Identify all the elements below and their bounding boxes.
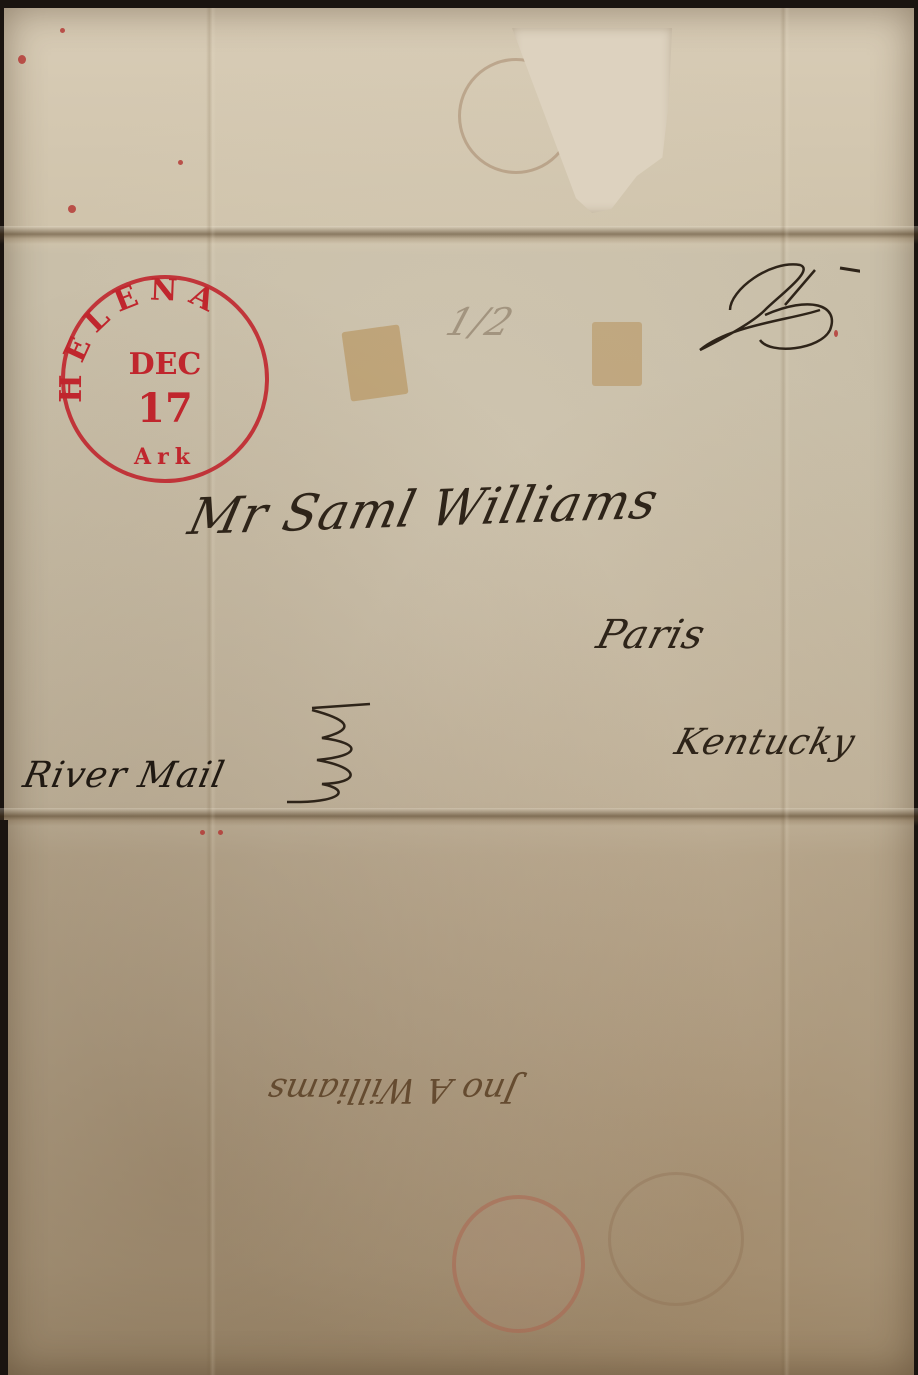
postmark-town: HELENA [58, 273, 229, 403]
red-ink-speck [200, 830, 205, 835]
address-city: Paris [592, 612, 711, 658]
red-ink-speck [18, 55, 26, 64]
fold-line-right [780, 0, 790, 1375]
river-mail-notation: River Mail [20, 755, 229, 796]
red-ink-speck [68, 205, 76, 213]
red-ink-speck [218, 830, 223, 835]
fold-line-left [206, 0, 216, 1375]
red-ink-speck [178, 160, 183, 165]
glue-stain-right [592, 322, 642, 386]
left-edge-shadow [0, 820, 8, 1375]
postmark-day: 17 [137, 385, 193, 432]
address-state: Kentucky [671, 722, 860, 763]
postmark-month: DEC [129, 347, 202, 382]
red-ink-speck [60, 28, 65, 33]
wax-seal-remnant-right [608, 1172, 744, 1306]
helena-postmark-stamp: HELENA DEC 17 Ark [58, 272, 272, 486]
postmark-state: Ark [133, 444, 196, 470]
top-edge-shadow [0, 0, 918, 8]
inverted-docket-signature: Jno A Williams [264, 1070, 522, 1110]
rate-value: 25 [690, 250, 692, 251]
rate-marking: 25 [690, 250, 860, 360]
wax-seal-remnant-left [452, 1195, 585, 1333]
glue-stain-left [341, 324, 408, 401]
flourish-squiggle [282, 698, 374, 808]
svg-text:HELENA: HELENA [58, 273, 229, 403]
